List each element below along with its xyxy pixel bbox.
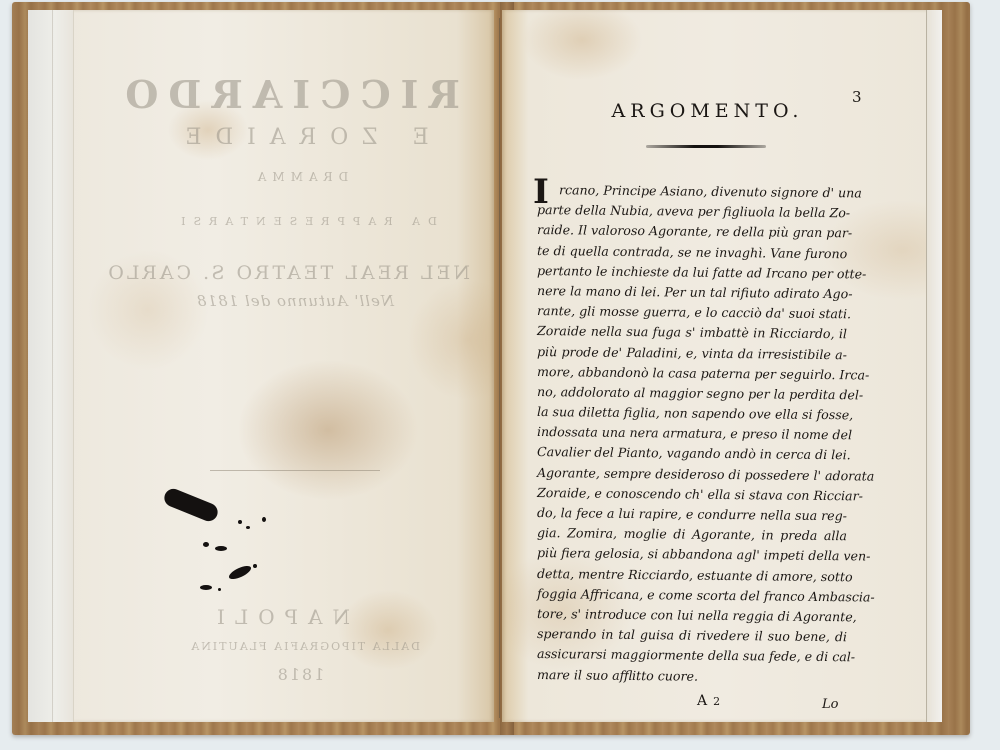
show-through-title-2: E ZORAIDE (160, 125, 440, 150)
gutter-fold (499, 18, 500, 718)
ink-blot (218, 588, 221, 591)
text-line: mare il suo afflitto cuore. (537, 665, 847, 688)
left-page-edge (28, 10, 74, 722)
show-through-title-4: DA RAPPRESENTARSI (170, 215, 440, 228)
text-line: più prode de' Paladini, e, vinta da irre… (537, 342, 847, 365)
text-line: detta, mentre Ricciardo, estuante di amo… (537, 564, 847, 587)
ink-blot (253, 564, 257, 568)
show-through-title-6: Nell' Autunno del 1818 (175, 292, 415, 310)
text-line: Zoraide nella sua fuga s' imbattè in Ric… (537, 321, 847, 344)
show-through-title-1: RICCIARDO (130, 72, 460, 117)
show-through-imprint-printer: DALLA TIPOGRAFIA FLAUTINA (190, 640, 420, 653)
right-page-edge (926, 10, 942, 722)
heading-ornament-rule (646, 145, 766, 148)
signature-number: 2 (713, 695, 720, 708)
catchword: Lo (822, 697, 838, 712)
signature-mark: A2 (697, 693, 720, 709)
text-line: più fiera gelosia, si abbandona agl' imp… (537, 543, 847, 566)
show-through-imprint-city: NAPOLI (230, 605, 350, 629)
show-through-title-3: DRAMMA (220, 170, 380, 184)
show-through-rule (210, 470, 380, 471)
text-line: raide. Il valoroso Agorante, re della pi… (537, 220, 847, 243)
text-line: te di quella contrada, se ne invaghì. Va… (537, 241, 847, 264)
argomento-text: rcano, Principe Asiano, divenuto signore… (537, 180, 847, 685)
signature-letter: A (697, 693, 707, 709)
page-number: 3 (852, 88, 862, 106)
text-line: Cavalier del Pianto, vagando andò in cer… (537, 442, 847, 465)
ink-blot (246, 526, 250, 529)
ink-blot (200, 585, 212, 590)
show-through-title-5: NEL REAL TEATRO S. CARLO (130, 262, 470, 284)
ink-blot (262, 517, 266, 522)
ink-blot (238, 520, 242, 524)
show-through-imprint-year: 1818 (260, 665, 340, 684)
ink-blot (215, 546, 227, 551)
text-line: assicurarsi maggiormente della sua fede,… (537, 644, 847, 667)
section-heading: ARGOMENTO. (605, 100, 810, 122)
ink-blot (203, 542, 209, 547)
